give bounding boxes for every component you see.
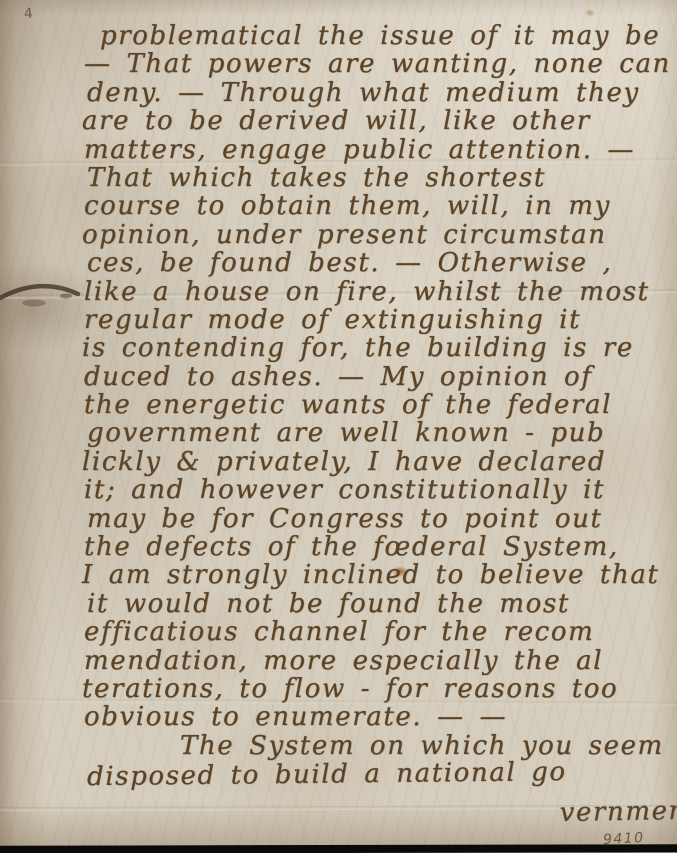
manuscript-line: like a house on fire, whilst the most: [84, 278, 677, 306]
manuscript-line: may be for Congress to point out: [87, 505, 677, 533]
scan-edge: [0, 844, 677, 853]
page-number: 4: [23, 6, 33, 23]
manuscript-line: is contending for, the building is re: [82, 334, 677, 362]
manuscript-line: government are well known - pub: [87, 419, 677, 447]
handwritten-text: problematical the issue of it may be . —…: [84, 22, 677, 830]
manuscript-page: 4 problematical the issue of it may be .…: [0, 0, 677, 853]
manuscript-line: obvious to enumerate. — —: [84, 703, 677, 731]
manuscript-line: disposed to build a national go: [87, 757, 677, 792]
manuscript-line: it; and however constitutionally it: [84, 476, 677, 504]
manuscript-line: problematical the issue of it may be .: [84, 22, 677, 50]
manuscript-line: the energetic wants of the federal: [84, 391, 677, 419]
catchword: vernment: [82, 796, 677, 835]
manuscript-line: it would not be found the most: [87, 590, 677, 618]
manuscript-line: regular mode of extinguishing it: [84, 306, 677, 334]
manuscript-line: opinion, under present circumstan: [82, 221, 677, 249]
manuscript-line: — That powers are wanting, none can: [84, 50, 677, 78]
manuscript-line: terations, to flow - for reasons too: [82, 675, 677, 703]
ink-smear: [0, 276, 95, 316]
faint-stain: [585, 9, 595, 17]
manuscript-line: mendation, more especially the al: [84, 647, 677, 675]
manuscript-line: The System on which you seem: [84, 732, 677, 760]
manuscript-line: duced to ashes. — My opinion of: [84, 363, 677, 391]
manuscript-line: are to be derived will, like other: [82, 107, 677, 135]
manuscript-line: course to obtain them, will, in my: [84, 192, 677, 220]
manuscript-line: matters, engage public attention. —: [84, 136, 677, 164]
manuscript-line: efficatious channel for the recom: [84, 618, 677, 646]
manuscript-line: I am strongly inclined to believe that: [82, 561, 677, 589]
manuscript-line: lickly & privately, I have declared: [82, 448, 677, 476]
manuscript-line: That which takes the shortest: [87, 164, 677, 192]
manuscript-line: deny. — Through what medium they: [87, 79, 677, 107]
manuscript-line: the defects of the fœderal System,: [84, 533, 677, 561]
manuscript-line: ces, be found best. — Otherwise ,: [87, 249, 677, 277]
